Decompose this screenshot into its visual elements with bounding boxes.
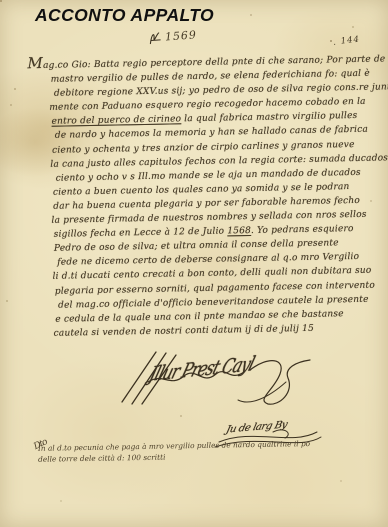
primary-signature: Jllur Prest Cayl	[118, 348, 333, 406]
page-title: ACCONTO APPALTO	[35, 5, 214, 26]
manuscript-body: Mag.co Gio: Batta regio perceptore della…	[27, 50, 366, 341]
paper-foxing-specks	[0, 0, 2, 2]
marginal-note-lines: In al d.to pecunia che paga à mro vergil…	[28, 438, 368, 465]
date-mark: 1569	[148, 28, 198, 45]
folio-number: 144	[333, 35, 361, 48]
manuscript-scan: ACCONTO APPALTO 1569 144 Mag.co Gio: Bat…	[0, 0, 388, 527]
marginal-note: Dto In al d.to pecunia che paga à mro ve…	[28, 438, 368, 465]
paraph-flourish-icon	[148, 31, 165, 46]
date-mark-text: 1569	[165, 28, 198, 43]
